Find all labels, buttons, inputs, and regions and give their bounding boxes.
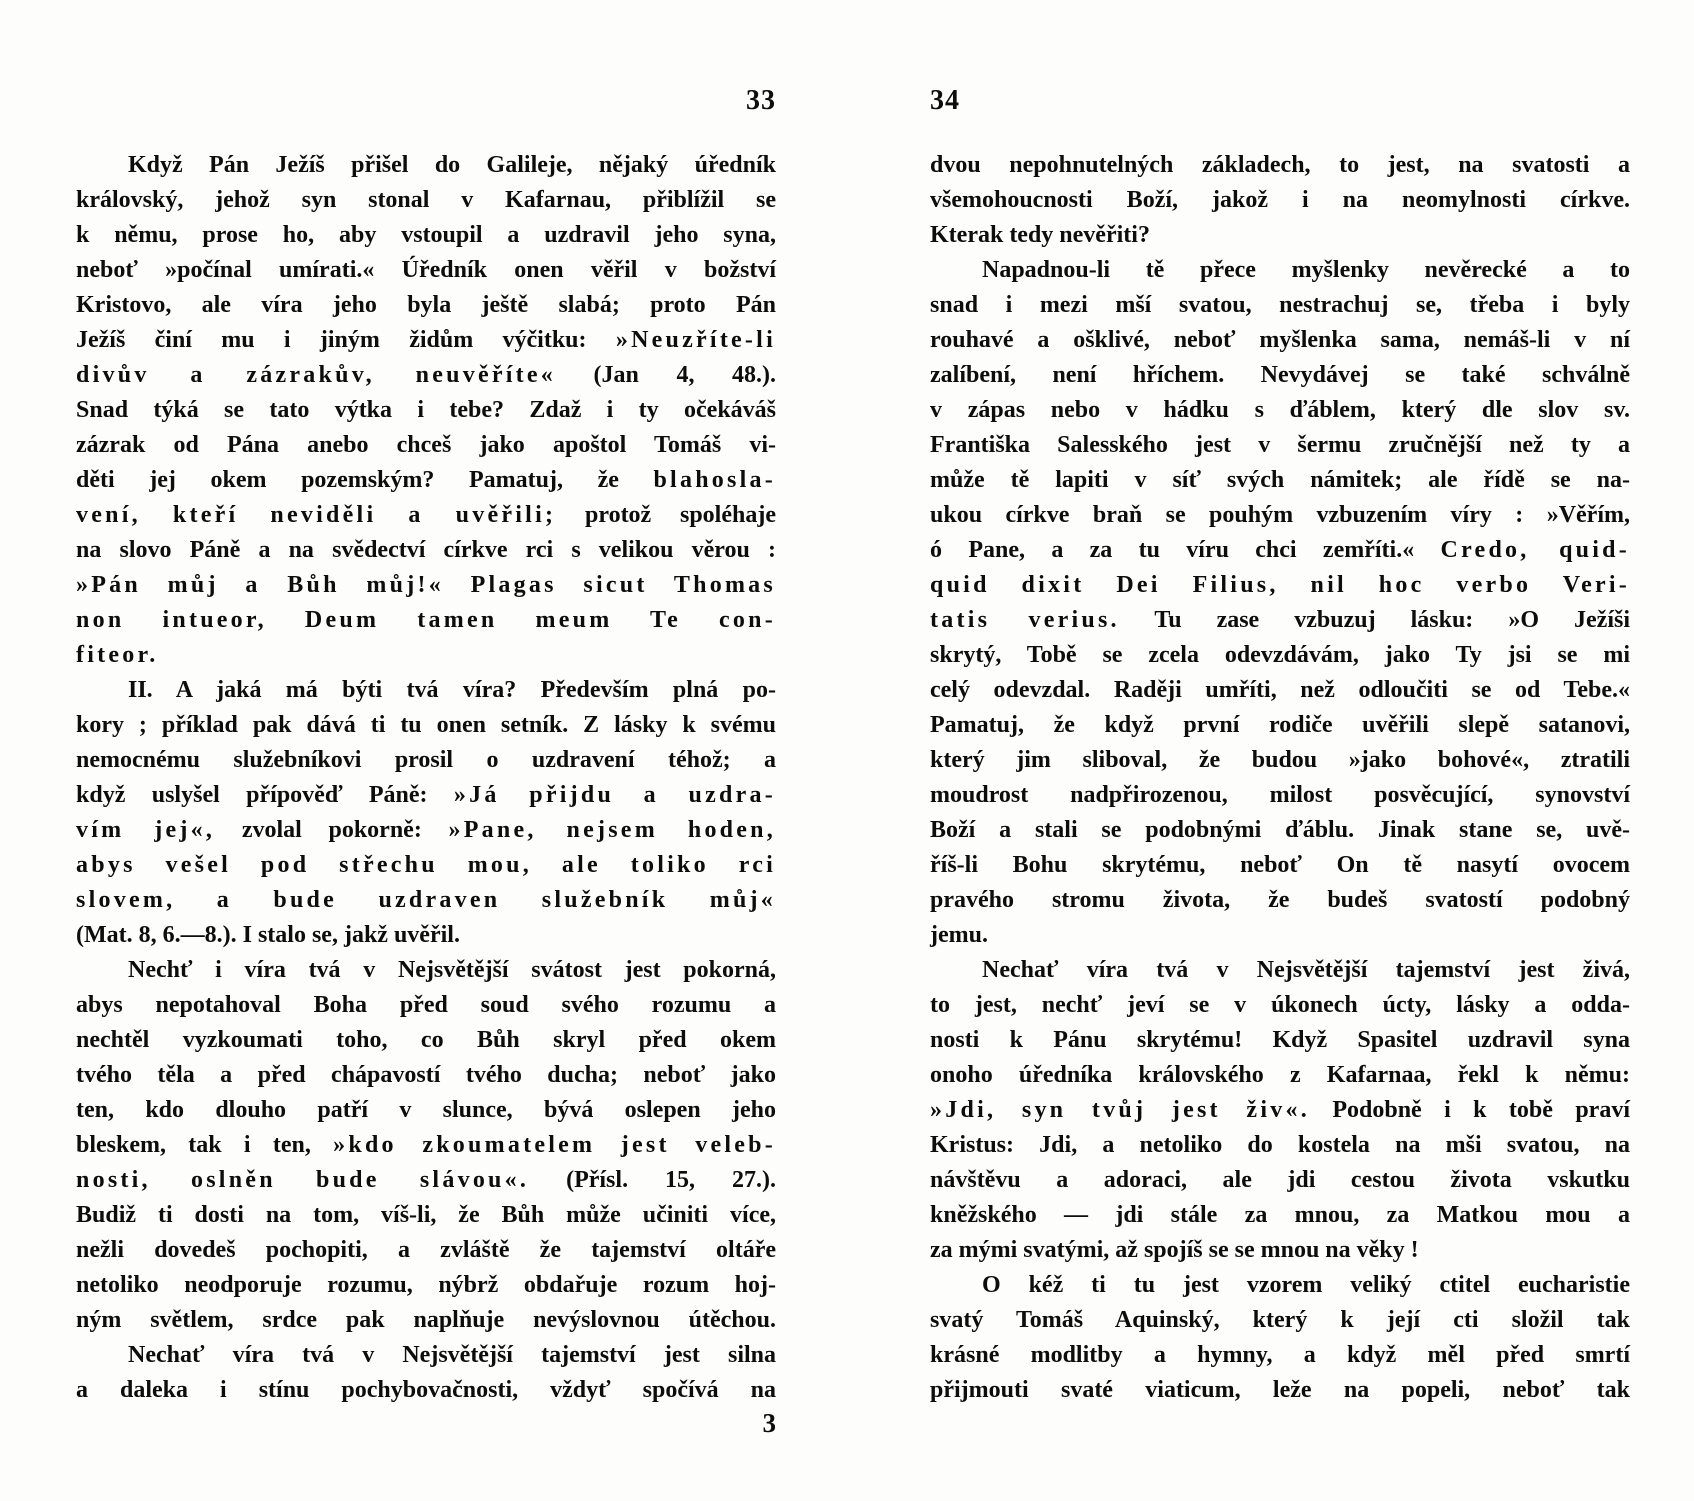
emphasized-spaced-text: »kdo zkoumatelem jest veleb- bbox=[333, 1132, 776, 1158]
text-line: ukou církve braň se pouhým vzbuzením vír… bbox=[930, 498, 1630, 533]
text-segment: (Jan 4, 48.). bbox=[556, 362, 776, 388]
text-segment: v zápas nebo v hádku s ďáblem, který dle… bbox=[930, 397, 1630, 423]
text-line: slovem, a bude uzdraven služebník můj« bbox=[76, 883, 776, 918]
text-line: nosti, oslněn bude slávou«. (Přísl. 15, … bbox=[76, 1163, 776, 1198]
text-segment: Boží a stali se podobnými ďáblu. Jinak s… bbox=[930, 817, 1630, 843]
text-line: za mými svatými, až spojíš se se mnou na… bbox=[930, 1233, 1630, 1268]
text-line: neboť »počínal umírati.« Úředník onen vě… bbox=[76, 253, 776, 288]
text-line: quid dixit Dei Filius, nil hoc verbo Ver… bbox=[930, 568, 1630, 603]
text-segment: Nechať víra tvá v Nejsvětější tajemství … bbox=[128, 1342, 776, 1368]
book-scan-spread: 33 34 Když Pán Ježíš přišel do Galileje,… bbox=[0, 0, 1694, 1501]
text-line: na slovo Páně a na svědectví církve rci … bbox=[76, 533, 776, 568]
signature-mark: 3 bbox=[76, 1406, 832, 1440]
emphasized-spaced-text: quid dixit Dei Filius, nil hoc verbo Ver… bbox=[930, 572, 1630, 598]
text-segment: netoliko neodporuje rozumu, nýbrž obdařu… bbox=[76, 1272, 776, 1298]
text-segment: k němu, prose ho, aby vstoupil a uzdravi… bbox=[76, 222, 776, 248]
text-segment: jemu. bbox=[930, 922, 988, 948]
text-line: pravého stromu života, že budeš svatostí… bbox=[930, 883, 1630, 918]
text-segment: Napadnou-li tě přece myšlenky nevěrecké … bbox=[982, 257, 1630, 283]
text-segment: skrytý, Tobě se zcela odevzdávám, jako T… bbox=[930, 642, 1630, 668]
text-line: Františka Salesského jest v šermu zručně… bbox=[930, 428, 1630, 463]
text-line: všemohoucnosti Boží, jakož i na neomylno… bbox=[930, 183, 1630, 218]
text-segment: to jest, nechť jeví se v úkonech úcty, l… bbox=[930, 992, 1630, 1018]
text-segment: (Mat. 8, 6.—8.). I stalo se, jakž uvěřil… bbox=[76, 922, 460, 948]
emphasized-spaced-text: fiteor. bbox=[76, 642, 158, 668]
text-line: k němu, prose ho, aby vstoupil a uzdravi… bbox=[76, 218, 776, 253]
text-line: říš-li Bohu skrytému, neboť On tě nasytí… bbox=[930, 848, 1630, 883]
text-line: nemocnému služebníkovi prosil o uzdraven… bbox=[76, 743, 776, 778]
text-line: dvou nepohnutelných základech, to jest, … bbox=[930, 148, 1630, 183]
paragraph: Nechať víra tvá v Nejsvětější tajemství … bbox=[76, 1338, 776, 1408]
text-segment: Podobně i k tobě praví bbox=[1310, 1097, 1630, 1123]
emphasized-spaced-text: divův a zázrakův, neuvěříte« bbox=[76, 362, 556, 388]
emphasized-spaced-text: slovem, a bude uzdraven služebník můj« bbox=[76, 887, 776, 913]
text-line: který jim sliboval, že budou »jako bohov… bbox=[930, 743, 1630, 778]
text-segment: ten, kdo dlouho patří v slunce, bývá osl… bbox=[76, 1097, 776, 1123]
text-segment: Františka Salesského jest v šermu zručně… bbox=[930, 432, 1630, 458]
text-line: Kristus: Jdi, a netoliko do kostela na m… bbox=[930, 1128, 1630, 1163]
text-line: »Pán můj a Bůh můj!« Plagas sicut Thomas bbox=[76, 568, 776, 603]
text-line: fiteor. bbox=[76, 638, 776, 673]
emphasized-spaced-text: »Pán můj a Bůh můj!« Plagas sicut Thomas bbox=[76, 572, 776, 598]
text-line: ným světlem, srdce pak naplňuje nevýslov… bbox=[76, 1303, 776, 1338]
text-segment: který jim sliboval, že budou »jako bohov… bbox=[930, 747, 1630, 773]
text-line: jemu. bbox=[930, 918, 1630, 953]
text-line: bleskem, tak i ten, »kdo zkoumatelem jes… bbox=[76, 1128, 776, 1163]
text-segment: zázrak od Pána anebo chceš jako apoštol … bbox=[76, 432, 776, 458]
emphasized-spaced-text: »Jdi, syn tvůj jest živ«. bbox=[930, 1097, 1310, 1123]
text-line: tatis verius. Tu zase vzbuzuj lásku: »O … bbox=[930, 603, 1630, 638]
text-segment: ukou církve braň se pouhým vzbuzením vír… bbox=[930, 502, 1630, 528]
emphasized-spaced-text: vení, kteří neviděli a uvěřili; bbox=[76, 502, 556, 528]
text-line: přijmouti svaté viaticum, leže na popeli… bbox=[930, 1373, 1630, 1408]
text-line: když uslyšel přípověď Páně: »Já přijdu a… bbox=[76, 778, 776, 813]
text-line: abys nepotahoval Boha před soud svého ro… bbox=[76, 988, 776, 1023]
text-segment: Kterak tedy nevěřiti? bbox=[930, 222, 1150, 248]
text-segment: O kéž ti tu jest vzorem veliký ctitel eu… bbox=[982, 1272, 1630, 1298]
text-line: vím jej«, zvolal pokorně: »Pane, nejsem … bbox=[76, 813, 776, 848]
text-line: vení, kteří neviděli a uvěřili; protož s… bbox=[76, 498, 776, 533]
text-line: onoho úředníka královského z Kafarnaa, ř… bbox=[930, 1058, 1630, 1093]
text-line: Nechať víra tvá v Nejsvětější tajemství … bbox=[76, 1338, 776, 1373]
text-line: abys vešel pod střechu mou, ale toliko r… bbox=[76, 848, 776, 883]
text-line: skrytý, Tobě se zcela odevzdávám, jako T… bbox=[930, 638, 1630, 673]
text-line: (Mat. 8, 6.—8.). I stalo se, jakž uvěřil… bbox=[76, 918, 776, 953]
emphasized-spaced-text: nosti, oslněn bude slávou«. bbox=[76, 1167, 529, 1193]
text-line: moudrost nadpřirozenou, milost posvěcují… bbox=[930, 778, 1630, 813]
paragraph: O kéž ti tu jest vzorem veliký ctitel eu… bbox=[930, 1268, 1630, 1408]
text-segment: krásné modlitby a hymny, a když měl před… bbox=[930, 1342, 1630, 1368]
text-line: Kterak tedy nevěřiti? bbox=[930, 218, 1630, 253]
text-segment: Nechť i víra tvá v Nejsvětější svátost j… bbox=[128, 957, 776, 983]
text-line: svatý Tomáš Aquinský, který k její cti s… bbox=[930, 1303, 1630, 1338]
text-line: nosti k Pánu skrytému! Když Spasitel uzd… bbox=[930, 1023, 1630, 1058]
text-segment: snad i mezi mší svatou, nestrachuj se, t… bbox=[930, 292, 1630, 318]
text-segment: nežli dovedeš pochopiti, a zvláště že ta… bbox=[76, 1237, 776, 1263]
text-line: ten, kdo dlouho patří v slunce, bývá osl… bbox=[76, 1093, 776, 1128]
text-segment: svatý Tomáš Aquinský, který k její cti s… bbox=[930, 1307, 1630, 1333]
text-segment: zalíbení, není hříchem. Nevydávej se tak… bbox=[930, 362, 1630, 388]
text-segment: říš-li Bohu skrytému, neboť On tě nasytí… bbox=[930, 852, 1630, 878]
emphasized-spaced-text: tatis verius. bbox=[930, 607, 1120, 633]
text-segment: děti jej okem pozemským? Pamatuj, že bbox=[76, 467, 653, 493]
text-line: Nechť i víra tvá v Nejsvětější svátost j… bbox=[76, 953, 776, 988]
text-line: může tě lapiti v síť svých námitek; ale … bbox=[930, 463, 1630, 498]
text-segment: nechtěl vyzkoumati toho, co Bůh skryl př… bbox=[76, 1027, 776, 1053]
text-segment: pravého stromu života, že budeš svatostí… bbox=[930, 887, 1630, 913]
emphasized-spaced-text: abys vešel pod střechu mou, ale toliko r… bbox=[76, 852, 776, 878]
text-line: zázrak od Pána anebo chceš jako apoštol … bbox=[76, 428, 776, 463]
text-line: rouhavé a ošklivé, neboť myšlenka sama, … bbox=[930, 323, 1630, 358]
text-segment: Kristovo, ale víra jeho byla ještě slabá… bbox=[76, 292, 776, 318]
text-segment: neboť »počínal umírati.« Úředník onen vě… bbox=[76, 257, 776, 283]
text-line: kněžského — jdi stále za mnou, za Matkou… bbox=[930, 1198, 1630, 1233]
text-segment: tvého těla a před chápavostí tvého ducha… bbox=[76, 1062, 776, 1088]
text-line: Nechať víra tvá v Nejsvětější tajemství … bbox=[930, 953, 1630, 988]
paragraph: dvou nepohnutelných základech, to jest, … bbox=[930, 148, 1630, 253]
text-segment: Snad týká se tato výtka i tebe? Zdaž i t… bbox=[76, 397, 776, 423]
text-segment: kory ; příklad pak dává ti tu onen setní… bbox=[76, 712, 776, 738]
text-segment: Když Pán Ježíš přišel do Galileje, nějak… bbox=[128, 152, 776, 178]
text-line: zalíbení, není hříchem. Nevydávej se tak… bbox=[930, 358, 1630, 393]
paragraph: II. A jaká má býti tvá víra? Především p… bbox=[76, 673, 776, 953]
text-segment: onoho úředníka královského z Kafarnaa, ř… bbox=[930, 1062, 1630, 1088]
text-line: II. A jaká má býti tvá víra? Především p… bbox=[76, 673, 776, 708]
text-segment: II. A jaká má býti tvá víra? Především p… bbox=[128, 677, 776, 703]
text-segment: může tě lapiti v síť svých námitek; ale … bbox=[930, 467, 1630, 493]
page-33-text-block: Když Pán Ježíš přišel do Galileje, nějak… bbox=[76, 148, 776, 1408]
paragraph: Nechať víra tvá v Nejsvětější tajemství … bbox=[930, 953, 1630, 1268]
text-line: Boží a stali se podobnými ďáblu. Jinak s… bbox=[930, 813, 1630, 848]
text-line: snad i mezi mší svatou, nestrachuj se, t… bbox=[930, 288, 1630, 323]
text-segment: a daleka i stínu pochybovačnosti, vždyť … bbox=[76, 1377, 776, 1403]
text-segment: abys nepotahoval Boha před soud svého ro… bbox=[76, 992, 776, 1018]
text-line: Kristovo, ale víra jeho byla ještě slabá… bbox=[76, 288, 776, 323]
text-segment: Pamatuj, že když první rodiče uvěřili sl… bbox=[930, 712, 1630, 738]
text-line: »Jdi, syn tvůj jest živ«. Podobně i k to… bbox=[930, 1093, 1630, 1128]
text-line: tvého těla a před chápavostí tvého ducha… bbox=[76, 1058, 776, 1093]
text-segment: celý odevzdal. Raději umříti, než odlouč… bbox=[930, 677, 1630, 703]
text-segment: návštěvu a adoraci, ale jdi cestou život… bbox=[930, 1167, 1630, 1193]
text-line: návštěvu a adoraci, ale jdi cestou život… bbox=[930, 1163, 1630, 1198]
text-segment: za mými svatými, až spojíš se se mnou na… bbox=[930, 1237, 1419, 1263]
text-segment: Budiž ti dosti na tom, víš-li, že Bůh mů… bbox=[76, 1202, 776, 1228]
text-line: netoliko neodporuje rozumu, nýbrž obdařu… bbox=[76, 1268, 776, 1303]
text-line: kory ; příklad pak dává ti tu onen setní… bbox=[76, 708, 776, 743]
text-segment: Kristus: Jdi, a netoliko do kostela na m… bbox=[930, 1132, 1630, 1158]
emphasized-spaced-text: non intueor, Deum tamen meum Te con- bbox=[76, 607, 776, 633]
paragraph: Když Pán Ježíš přišel do Galileje, nějak… bbox=[76, 148, 776, 673]
text-line: to jest, nechť jeví se v úkonech úcty, l… bbox=[930, 988, 1630, 1023]
text-line: ó Pane, a za tu víru chci zemříti.« Cred… bbox=[930, 533, 1630, 568]
text-line: královský, jehož syn stonal v Kafarnau, … bbox=[76, 183, 776, 218]
text-segment: ným světlem, srdce pak naplňuje nevýslov… bbox=[76, 1307, 776, 1333]
page-34-text-block: dvou nepohnutelných základech, to jest, … bbox=[930, 148, 1630, 1408]
text-segment: Tu zase vzbuzuj lásku: »O Ježíši bbox=[1120, 607, 1630, 633]
text-line: a daleka i stínu pochybovačnosti, vždyť … bbox=[76, 1373, 776, 1408]
emphasized-spaced-text: vím jej«, bbox=[76, 817, 215, 843]
text-segment: královský, jehož syn stonal v Kafarnau, … bbox=[76, 187, 776, 213]
page-number-right: 34 bbox=[930, 84, 1630, 118]
text-segment: když uslyšel přípověď Páně: bbox=[76, 782, 454, 808]
text-segment: protož spoléhaje bbox=[556, 502, 776, 528]
text-segment: moudrost nadpřirozenou, milost posvěcují… bbox=[930, 782, 1630, 808]
page-number-left: 33 bbox=[76, 84, 786, 118]
text-line: O kéž ti tu jest vzorem veliký ctitel eu… bbox=[930, 1268, 1630, 1303]
text-segment: na slovo Páně a na svědectví církve rci … bbox=[76, 537, 776, 563]
text-segment: ó Pane, a za tu víru chci zemříti.« bbox=[930, 537, 1441, 563]
text-segment: přijmouti svaté viaticum, leže na popeli… bbox=[930, 1377, 1630, 1403]
text-line: děti jej okem pozemským? Pamatuj, že bla… bbox=[76, 463, 776, 498]
text-segment: (Přísl. 15, 27.). bbox=[529, 1167, 776, 1193]
emphasized-spaced-text: »Já přijdu a uzdra- bbox=[454, 782, 776, 808]
text-line: krásné modlitby a hymny, a když měl před… bbox=[930, 1338, 1630, 1373]
text-line: non intueor, Deum tamen meum Te con- bbox=[76, 603, 776, 638]
paragraph: Nechť i víra tvá v Nejsvětější svátost j… bbox=[76, 953, 776, 1338]
paragraph: Napadnou-li tě přece myšlenky nevěrecké … bbox=[930, 253, 1630, 953]
text-line: divův a zázrakův, neuvěříte« (Jan 4, 48.… bbox=[76, 358, 776, 393]
text-line: nežli dovedeš pochopiti, a zvláště že ta… bbox=[76, 1233, 776, 1268]
text-line: Napadnou-li tě přece myšlenky nevěrecké … bbox=[930, 253, 1630, 288]
text-line: Budiž ti dosti na tom, víš-li, že Bůh mů… bbox=[76, 1198, 776, 1233]
text-segment: zvolal pokorně: bbox=[215, 817, 448, 843]
text-segment: dvou nepohnutelných základech, to jest, … bbox=[930, 152, 1630, 178]
text-line: Pamatuj, že když první rodiče uvěřili sl… bbox=[930, 708, 1630, 743]
text-line: Když Pán Ježíš přišel do Galileje, nějak… bbox=[76, 148, 776, 183]
text-line: Ježíš činí mu i jiným židům výčitku: »Ne… bbox=[76, 323, 776, 358]
text-line: Snad týká se tato výtka i tebe? Zdaž i t… bbox=[76, 393, 776, 428]
emphasized-spaced-text: blahosla- bbox=[653, 467, 776, 493]
text-segment: Ježíš činí mu i jiným židům výčitku: bbox=[76, 327, 616, 353]
text-segment: nosti k Pánu skrytému! Když Spasitel uzd… bbox=[930, 1027, 1630, 1053]
text-line: nechtěl vyzkoumati toho, co Bůh skryl př… bbox=[76, 1023, 776, 1058]
text-segment: bleskem, tak i ten, bbox=[76, 1132, 333, 1158]
text-segment: rouhavé a ošklivé, neboť myšlenka sama, … bbox=[930, 327, 1630, 353]
text-segment: nemocnému služebníkovi prosil o uzdraven… bbox=[76, 747, 776, 773]
text-line: celý odevzdal. Raději umříti, než odlouč… bbox=[930, 673, 1630, 708]
text-segment: Nechať víra tvá v Nejsvětější tajemství … bbox=[982, 957, 1630, 983]
emphasized-spaced-text: »Neuzříte-li bbox=[616, 327, 776, 353]
emphasized-spaced-text: Credo, quid- bbox=[1441, 537, 1630, 563]
emphasized-spaced-text: »Pane, nejsem hoden, bbox=[449, 817, 777, 843]
text-line: v zápas nebo v hádku s ďáblem, který dle… bbox=[930, 393, 1630, 428]
text-segment: kněžského — jdi stále za mnou, za Matkou… bbox=[930, 1202, 1630, 1228]
text-segment: všemohoucnosti Boží, jakož i na neomylno… bbox=[930, 187, 1630, 213]
